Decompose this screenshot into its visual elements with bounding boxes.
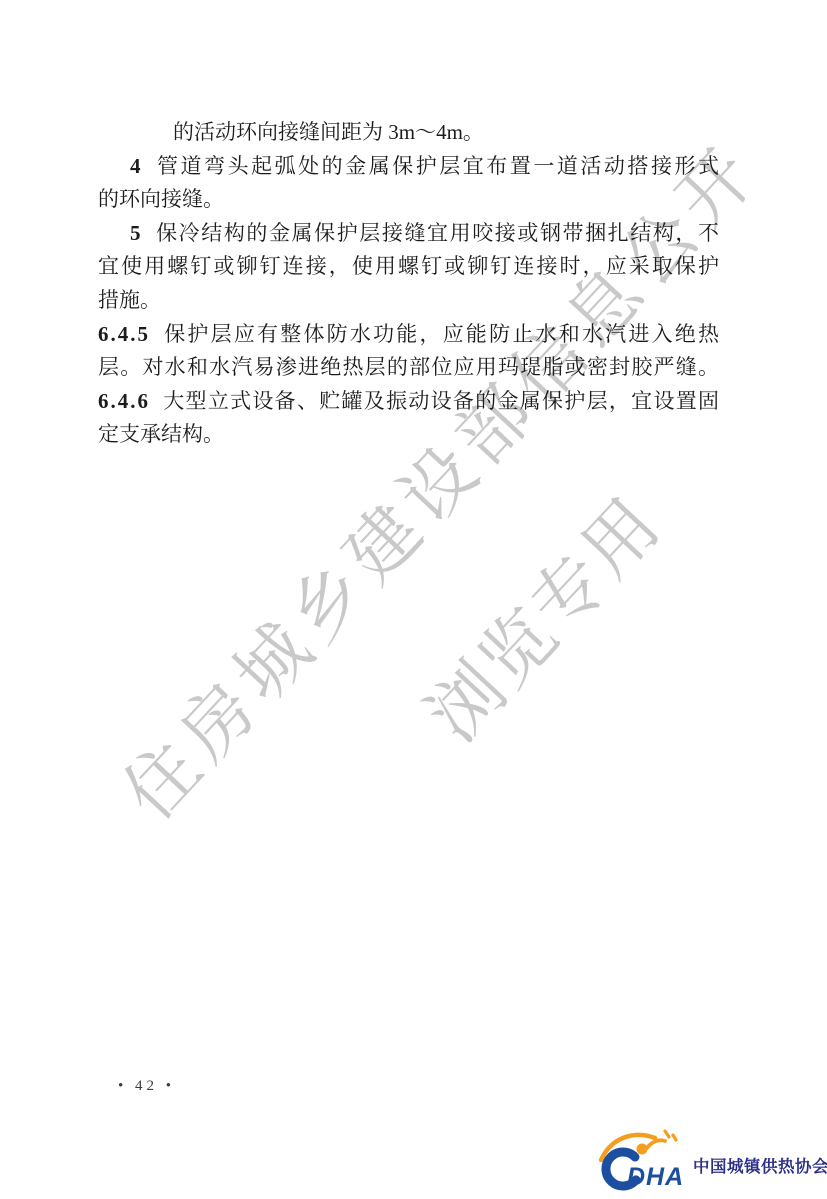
body-line-text: 定支承结构。 — [98, 422, 224, 446]
logo-acronym-text: DHA — [627, 1163, 684, 1191]
body-line-text: 措施。 — [98, 288, 161, 312]
clause-number: 6.4.6 — [98, 389, 150, 413]
body-line-text: 大型立式设备、贮罐及振动设备的金属保护层，宜设置固 — [162, 389, 719, 413]
clause-number: 5 — [130, 221, 143, 245]
body-line-text: 管道弯头起弧处的金属保护层宜布置一道活动搭接形式 — [155, 154, 720, 178]
body-line-text: 层。对水和水汽易渗进绝热层的部位应用玛瑅脂或密封胶严缝。 — [98, 355, 719, 379]
body-line: 4管道弯头起弧处的金属保护层宜布置一道活动搭接形式 — [98, 150, 719, 184]
body-line: 的活动环向接缝间距为 3m～4m。 — [98, 116, 719, 150]
body-line-text: 的环向接缝。 — [98, 187, 224, 211]
body-line: 层。对水和水汽易渗进绝热层的部位应用玛瑅脂或密封胶严缝。 — [98, 351, 719, 385]
document-page: 住房城乡建设部信息公开 浏览专用 的活动环向接缝间距为 3m～4m。 4管道弯头… — [0, 0, 827, 1199]
body-line: 措施。 — [98, 284, 719, 318]
clause-number: 4 — [130, 154, 143, 178]
page-number: • 42 • — [118, 1078, 175, 1095]
cdha-logo-icon: DHA — [597, 1128, 689, 1199]
body-line: 5保冷结构的金属保护层接缝宜用咬接或钢带捆扎结构，不 — [98, 217, 719, 251]
body-line-text: 保冷结构的金属保护层接缝宜用咬接或钢带捆扎结构，不 — [155, 221, 720, 245]
body-text-block: 的活动环向接缝间距为 3m～4m。 4管道弯头起弧处的金属保护层宜布置一道活动搭… — [98, 116, 719, 452]
logo: DHA 中国城镇供热协会 — [597, 1130, 817, 1196]
body-line: 6.4.6大型立式设备、贮罐及振动设备的金属保护层，宜设置固 — [98, 385, 719, 419]
body-line: 6.4.5保护层应有整体防水功能，应能防止水和水汽进入绝热 — [98, 318, 719, 352]
clause-number: 6.4.5 — [98, 322, 150, 346]
body-line: 宜使用螺钉或铆钉连接，使用螺钉或铆钉连接时，应采取保护 — [98, 250, 719, 284]
body-line-text: 宜使用螺钉或铆钉连接，使用螺钉或铆钉连接时，应采取保护 — [98, 254, 719, 278]
body-line: 的环向接缝。 — [98, 183, 719, 217]
body-line-text: 保护层应有整体防水功能，应能防止水和水汽进入绝热 — [162, 322, 719, 346]
body-line-text: 的活动环向接缝间距为 3m～4m。 — [173, 120, 484, 144]
logo-org-name: 中国城镇供热协会 — [693, 1153, 827, 1177]
body-line: 定支承结构。 — [98, 418, 719, 452]
